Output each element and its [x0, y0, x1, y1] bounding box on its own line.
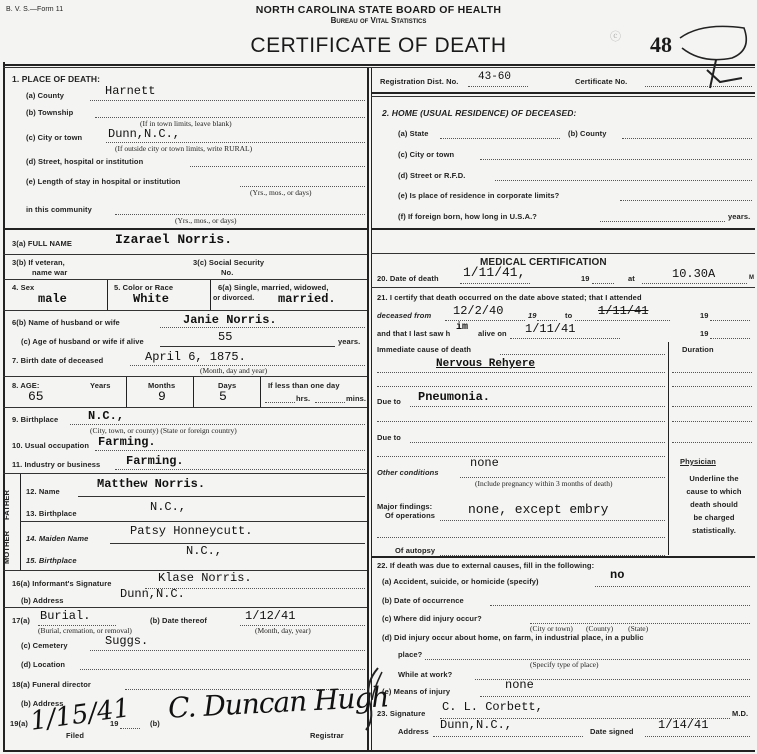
residence-county-label: (b) County — [568, 129, 607, 138]
while-at-work-label: While at work? — [398, 670, 452, 679]
physician-note-line: Underline the — [672, 472, 756, 485]
where-label: (c) Where did injury occur? — [382, 614, 482, 623]
veteran-label-war: name war — [32, 268, 67, 277]
external-heading: 22. If death was due to external causes,… — [377, 561, 594, 570]
attended-from-label: deceased from — [377, 311, 431, 320]
community-label: in this community — [26, 205, 92, 214]
county-label: (a) County — [26, 91, 64, 100]
residence-street-label: (d) Street or R.F.D. — [398, 171, 465, 180]
residence-city-label: (c) City or town — [398, 150, 454, 159]
immediate-cause-label: Immediate cause of death — [377, 345, 471, 354]
accident-value[interactable]: no — [610, 568, 624, 582]
birth-date-value[interactable]: April 6, 1875. — [145, 350, 246, 364]
residence-state-label: (a) State — [398, 129, 429, 138]
injury-location-label: (d) Did injury occur about home, on farm… — [382, 633, 644, 642]
where-note: (City or town) (County) (State) — [530, 624, 648, 633]
attended-to-value[interactable]: 1/11/41 — [598, 304, 648, 318]
burial-date-note: (Month, day, year) — [255, 626, 311, 635]
death-date-value[interactable]: 1/11/41, — [463, 265, 525, 280]
mother-side-label: MOTHER — [2, 525, 20, 570]
other-conditions-note: (Include pregnancy within 3 months of de… — [475, 479, 612, 488]
marital-value[interactable]: married. — [278, 292, 336, 306]
birthplace-value[interactable]: N.C., — [88, 409, 124, 423]
sex-value[interactable]: male — [38, 292, 67, 306]
faint-stamp-mark: ⓒ — [610, 28, 621, 44]
attended-from-year: 19 — [528, 311, 537, 320]
residence-foreign-label: (f) If foreign born, how long in U.S.A.? — [398, 212, 537, 221]
registration-dist-value[interactable]: 43-60 — [478, 71, 511, 83]
physician-note-line: statistically. — [672, 524, 756, 537]
street-label: (d) Street, hospital or institution — [26, 157, 143, 166]
township-label: (b) Township — [26, 108, 73, 117]
community-note: (Yrs., mos., or days) — [175, 216, 236, 225]
immediate-cause-value[interactable]: Nervous Rehyere — [436, 358, 535, 370]
industry-value[interactable]: Farming. — [126, 454, 184, 468]
physician-note-line: cause to which — [672, 485, 756, 498]
document-title: CERTIFICATE OF DEATH — [0, 34, 757, 58]
registrar-caption: Registrar — [310, 731, 344, 740]
marital-label-divorced: or divorced. — [213, 295, 254, 302]
cemetery-label: (c) Cemetery — [21, 641, 68, 650]
registrar-label: (b) — [150, 719, 160, 728]
age-months-value[interactable]: 9 — [158, 389, 166, 404]
mins-label: mins. — [346, 394, 366, 403]
burial-date-value[interactable]: 1/12/41 — [245, 609, 295, 623]
occurrence-label: (b) Date of occurrence — [382, 596, 464, 605]
certifier-address-label: Address — [398, 727, 429, 736]
date-signed-value[interactable]: 1/14/41 — [658, 718, 708, 732]
death-date-label: 20. Date of death — [377, 274, 439, 283]
father-name-value[interactable]: Matthew Norris. — [97, 477, 205, 491]
md-label: M.D. — [732, 709, 748, 718]
full-name-value[interactable]: Izarael Norris. — [115, 232, 232, 247]
hrs-label: hrs. — [296, 394, 310, 403]
certifier-signature-value[interactable]: C. L. Corbett, — [442, 700, 543, 714]
funeral-director-label: 18(a) Funeral director — [12, 680, 91, 689]
age-years-value[interactable]: 65 — [28, 389, 44, 404]
last-saw-label: and that I last saw h — [377, 329, 450, 338]
handwritten-circle-icon — [672, 20, 757, 90]
marital-label: 6(a) Single, married, widowed, — [218, 283, 329, 292]
due-to-label-1: Due to — [377, 397, 401, 406]
attended-to-label: to — [565, 311, 572, 320]
spouse-label: 6(b) Name of husband or wife — [12, 318, 120, 327]
ssn-label-no: No. — [221, 268, 233, 277]
registration-dist-label: Registration Dist. No. — [380, 77, 458, 86]
birthplace-label: 9. Birthplace — [12, 415, 58, 424]
burial-method-label: 17(a) — [12, 616, 30, 625]
industry-label: 11. Industry or business — [12, 460, 100, 469]
residence-heading: 2. HOME (USUAL RESIDENCE) OF DECEASED: — [382, 108, 576, 118]
last-saw-year: 19 — [700, 329, 709, 338]
major-findings-value[interactable]: none, except embry — [468, 502, 608, 517]
physician-label: Physician — [680, 457, 716, 466]
other-conditions-label: Other conditions — [377, 468, 439, 477]
informant-address-value[interactable]: Dunn,N.C. — [120, 587, 185, 601]
autopsy-label: Of autopsy — [395, 546, 435, 555]
injury-place-note: (Specify type of place) — [530, 660, 599, 669]
spouse-age-unit: years. — [338, 337, 360, 346]
informant-address-label: (b) Address — [21, 596, 64, 605]
age-years-label: Years — [90, 381, 111, 390]
veteran-label: 3(b) If veteran, — [12, 258, 65, 267]
means-of-injury-label: (e) Means of injury — [382, 687, 450, 696]
location-label: (d) Location — [21, 660, 65, 669]
stamp-number: 48 — [650, 32, 672, 58]
major-findings-label: Major findings: — [377, 502, 432, 511]
death-time-value[interactable]: 10.30A — [672, 267, 715, 281]
occupation-label: 10. Usual occupation — [12, 441, 89, 450]
last-saw-pronoun[interactable]: im — [456, 322, 468, 333]
certify-text: 21. I certify that death occurred on the… — [377, 293, 642, 302]
birth-date-note: (Month, day and year) — [200, 366, 267, 375]
major-findings-operations-label: Of operations — [385, 511, 435, 520]
date-signed-label: Date signed — [590, 727, 634, 736]
cemetery-value[interactable]: Suggs. — [105, 634, 148, 648]
mother-birthplace-label: 15. Birthplace — [26, 556, 77, 565]
race-value[interactable]: White — [133, 292, 169, 306]
stay-label: (e) Length of stay in hospital or instit… — [26, 177, 181, 186]
birthplace-note: (City, town, or county) (State or foreig… — [90, 426, 237, 435]
filed-label: 19(a) — [10, 719, 28, 728]
last-saw-value[interactable]: 1/11/41 — [525, 322, 575, 336]
means-of-injury-value[interactable]: none — [505, 678, 534, 692]
filed-caption: Filed — [66, 731, 84, 740]
father-birthplace-value[interactable]: N.C., — [150, 500, 186, 514]
certifier-address-value[interactable]: Dunn,N.C., — [440, 718, 512, 732]
burial-method-value[interactable]: Burial. — [40, 609, 90, 623]
city-label: (c) City or town — [26, 133, 82, 142]
informant-signature-label: 16(a) Informant's Signature — [12, 579, 112, 588]
bureau-name: Bureau of Vital Statistics — [0, 16, 757, 25]
time-suffix: M — [749, 275, 754, 281]
city-note: (If outside city or town limits, write R… — [115, 144, 252, 153]
filed-year-prefix: 19 — [110, 719, 119, 728]
mother-name-value[interactable]: Patsy Honneycutt. — [130, 524, 252, 538]
race-label: 5. Color or Race — [114, 283, 173, 292]
attended-to-year: 19 — [700, 311, 709, 320]
other-conditions-value[interactable]: none — [470, 456, 499, 470]
father-birthplace-label: 13. Birthplace — [26, 509, 77, 518]
spouse-age-value[interactable]: 55 — [218, 330, 232, 344]
mother-birthplace-value[interactable]: N.C., — [186, 544, 222, 558]
county-value[interactable]: Harnett — [105, 84, 155, 98]
mother-name-label: 14. Maiden Name — [26, 534, 88, 543]
age-days-value[interactable]: 5 — [219, 389, 227, 404]
handwritten-stroke-icon — [360, 664, 390, 734]
burial-date-label: (b) Date thereof — [150, 616, 207, 625]
registrar-signature: C. Duncan Hugh — [167, 680, 389, 724]
alive-on-label: alive on — [478, 329, 507, 338]
stay-note: (Yrs., mos., or days) — [250, 188, 311, 197]
father-side-label: FATHER — [2, 485, 20, 525]
physician-note: Underline the cause to which death shoul… — [672, 472, 756, 537]
attended-from-value[interactable]: 12/2/40 — [453, 304, 503, 318]
full-name-label: 3(a) FULL NAME — [12, 239, 72, 248]
occupation-value[interactable]: Farming. — [98, 435, 156, 449]
duration-label: Duration — [682, 345, 714, 354]
sex-label: 4. Sex — [12, 283, 34, 292]
board-name: NORTH CAROLINA STATE BOARD OF HEALTH — [0, 4, 757, 16]
due-to-label-2: Due to — [377, 433, 401, 442]
spouse-value[interactable]: Janie Norris. — [183, 313, 277, 327]
spouse-age-label: (c) Age of husband or wife if alive — [21, 337, 144, 346]
injury-place-label: place? — [398, 650, 422, 659]
at-label: at — [628, 274, 635, 283]
residence-corporate-label: (e) Is place of residence in corporate l… — [398, 191, 559, 200]
death-date-year-prefix: 19 — [581, 274, 590, 283]
ssn-label: 3(c) Social Security — [193, 258, 264, 267]
place-of-death-heading: 1. PLACE OF DEATH: — [12, 74, 100, 84]
due-to-value-1[interactable]: Pneumonia. — [418, 390, 490, 404]
informant-signature-value[interactable]: Klase Norris. — [158, 571, 252, 585]
header: NORTH CAROLINA STATE BOARD OF HEALTH Bur… — [0, 4, 757, 25]
less-than-day-label: If less than one day — [268, 381, 340, 390]
physician-note-line: be charged — [672, 511, 756, 524]
accident-label: (a) Accident, suicide, or homicide (spec… — [382, 577, 539, 586]
physician-note-line: death should — [672, 498, 756, 511]
father-name-label: 12. Name — [26, 487, 60, 496]
city-value[interactable]: Dunn,N.C., — [108, 127, 180, 141]
birth-date-label: 7. Birth date of deceased — [12, 356, 103, 365]
residence-years-label: years. — [728, 212, 750, 221]
certificate-no-label: Certificate No. — [575, 77, 627, 86]
